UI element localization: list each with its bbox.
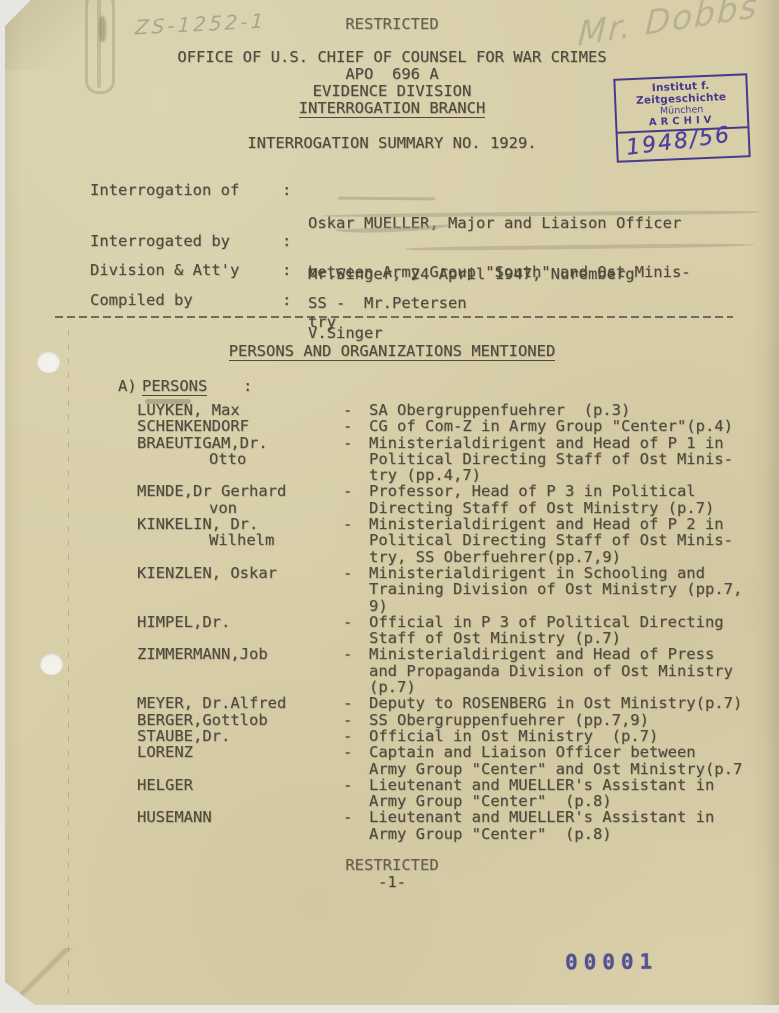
division-line: EVIDENCE DIVISION (5, 83, 779, 99)
page-number: -1- (5, 874, 779, 890)
person-description: Official in P 3 of Political DirectingSt… (369, 614, 767, 647)
scanned-document-page: { "document": { "classification": "RESTR… (0, 0, 779, 1013)
office-line: OFFICE OF U.S. CHIEF OF COUNSEL FOR WAR … (5, 49, 779, 65)
person-name: LORENZ (137, 744, 343, 760)
meta-colon: : (282, 233, 291, 249)
meta-label: Interrogation of (90, 182, 239, 198)
person-name: BERGER,Gottlob (137, 712, 343, 728)
person-name: BRAEUTIGAM,Dr.Otto (137, 435, 343, 468)
person-row: KIENZLEN, Oskar-Ministerialdirigent in S… (137, 565, 769, 614)
meta-label: Division & Att'y (90, 262, 239, 278)
person-row: HELGER-Lieutenant and MUELLER's Assistan… (137, 777, 769, 810)
person-description: Lieutenant and MUELLER's Assistant inArm… (369, 777, 767, 810)
person-description: Lieutenant and MUELLER's Assistant inArm… (369, 809, 767, 842)
person-description: Ministerialdirigent in Schooling andTrai… (369, 565, 767, 614)
summary-title: INTERROGATION SUMMARY NO. 1929. (5, 135, 779, 151)
dashed-separator-line (55, 316, 733, 318)
meta-value-line: V.Singer (308, 325, 383, 342)
bottom-left-crease (5, 948, 75, 1003)
person-row: BRAEUTIGAM,Dr.Otto-Ministerialdirigent a… (137, 435, 769, 484)
branch-line-text: INTERROGATION BRANCH (299, 100, 486, 118)
person-dash: - (343, 809, 369, 825)
person-name: ZIMMERMANN,Job (137, 646, 343, 662)
person-name: HIMPEL,Dr. (137, 614, 343, 630)
person-row: LUYKEN, Max-SA Obergruppenfuehrer (p.3) (137, 402, 769, 418)
person-name: MEYER, Dr.Alfred (137, 695, 343, 711)
person-row: STAUBE,Dr.-Official in Ost Ministry (p.7… (137, 728, 769, 744)
person-description: CG of Com-Z in Army Group "Center"(p.4) (369, 418, 767, 434)
person-description: Official in Ost Ministry (p.7) (369, 728, 767, 744)
classification-header: RESTRICTED (5, 16, 779, 32)
person-row: MENDE,Dr Gerhardvon-Professor, Head of P… (137, 483, 769, 516)
person-description: Ministerialdirigent and Head of Pressand… (369, 646, 767, 695)
meta-label: Interrogated by (90, 233, 230, 249)
vertical-crease (68, 330, 69, 995)
person-name: LUYKEN, Max (137, 402, 343, 418)
person-row: MEYER, Dr.Alfred-Deputy to ROSENBERG in … (137, 695, 769, 711)
person-description: SA Obergruppenfuehrer (p.3) (369, 402, 767, 418)
person-dash: - (343, 435, 369, 451)
person-dash: - (343, 728, 369, 744)
persons-section-title: PERSONS (142, 378, 207, 396)
meta-label: Compiled by (90, 292, 193, 308)
person-row: KINKELIN, Dr.Wilhelm-Ministerialdirigent… (137, 516, 769, 565)
person-row: HUSEMANN-Lieutenant and MUELLER's Assist… (137, 809, 769, 842)
persons-list: LUYKEN, Max-SA Obergruppenfuehrer (p.3)S… (137, 402, 769, 842)
person-dash: - (343, 695, 369, 711)
person-dash: - (343, 483, 369, 499)
paper-sheet: ZS-1252-1 Mr. Dobbs Institut f. Zeitgesc… (5, 0, 779, 1005)
person-name: SCHENKENDORF (137, 418, 343, 434)
punch-hole-bottom (40, 653, 63, 675)
person-name: KIENZLEN, Oskar (137, 565, 343, 581)
person-description: Deputy to ROSENBERG in Ost Ministry(p.7) (369, 695, 767, 711)
apo-line: APO 696 A (5, 66, 779, 82)
person-name: MENDE,Dr Gerhardvon (137, 483, 343, 516)
person-dash: - (343, 516, 369, 532)
person-dash: - (343, 418, 369, 434)
person-description: Ministerialdirigent and Head of P 2 inPo… (369, 516, 767, 565)
person-name: HELGER (137, 777, 343, 793)
persons-section-title-text: PERSONS (142, 378, 207, 396)
person-row: ZIMMERMANN,Job-Ministerialdirigent and H… (137, 646, 769, 695)
person-description: Ministerialdirigent and Head of P 1 inPo… (369, 435, 767, 484)
person-name: STAUBE,Dr. (137, 728, 343, 744)
person-row: HIMPEL,Dr.-Official in P 3 of Political … (137, 614, 769, 647)
person-dash: - (343, 777, 369, 793)
person-name: HUSEMANN (137, 809, 343, 825)
meta-colon: : (282, 182, 291, 198)
person-row: LORENZ-Captain and Liaison Officer betwe… (137, 744, 769, 777)
person-dash: - (343, 614, 369, 630)
person-description: Professor, Head of P 3 in PoliticalDirec… (369, 483, 767, 516)
section-heading: PERSONS AND ORGANIZATIONS MENTIONED (5, 343, 779, 361)
person-dash: - (343, 646, 369, 662)
meta-value: V.Singer (308, 292, 383, 374)
person-dash: - (343, 402, 369, 418)
serial-number-stamp: 00001 (565, 950, 658, 975)
person-dash: - (343, 565, 369, 581)
person-row: BERGER,Gottlob-SS Obergruppenfuehrer (pp… (137, 712, 769, 728)
person-description: Captain and Liaison Officer betweenArmy … (369, 744, 767, 777)
person-name: KINKELIN, Dr.Wilhelm (137, 516, 343, 549)
person-dash: - (343, 744, 369, 760)
persons-section-label: A) (118, 378, 137, 394)
person-description: SS Obergruppenfuehrer (pp.7,9) (369, 712, 767, 728)
section-heading-text: PERSONS AND ORGANIZATIONS MENTIONED (229, 343, 556, 361)
branch-line: INTERROGATION BRANCH (5, 100, 779, 118)
person-row: SCHENKENDORF-CG of Com-Z in Army Group "… (137, 418, 769, 434)
meta-colon: : (282, 262, 291, 278)
footer-classification: RESTRICTED (5, 857, 779, 873)
persons-section-colon: : (243, 378, 252, 394)
person-dash: - (343, 712, 369, 728)
meta-colon: : (282, 292, 291, 308)
